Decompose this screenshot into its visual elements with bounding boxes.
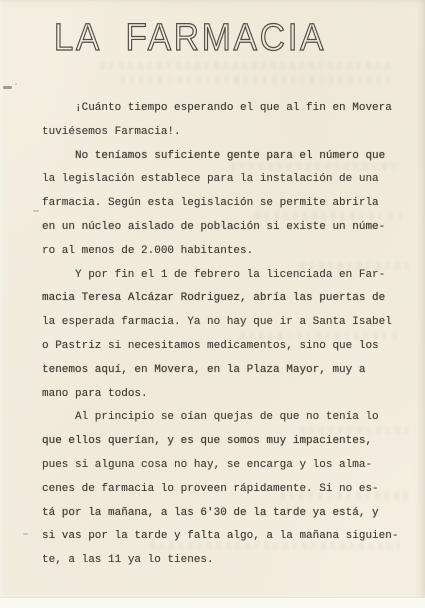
typed-line: cenes de farmacia lo proveen rápidamente…: [42, 478, 405, 502]
typed-line: ¡Cuánto tiempo esperando el que al fin e…: [42, 97, 405, 121]
typed-line: la esperada farmacia. Ya no hay que ir a…: [42, 311, 405, 335]
typed-line: la legislación establece para la instala…: [42, 168, 405, 192]
ink-speck: [3, 86, 12, 89]
page-title: LA FARMACIA: [54, 16, 326, 59]
typed-line: No teníamos suficiente gente para el núm…: [42, 145, 405, 169]
typed-line: o Pastriz si necesitamos medicamentos, s…: [42, 335, 405, 359]
typed-line: Al principio se oían quejas de que no te…: [42, 406, 405, 430]
typed-line: ro al menos de 2.000 habitantes.: [42, 240, 405, 264]
typed-line: Y por fin el 1 de febrero la licenciada …: [42, 264, 405, 288]
title-block: LA FARMACIA: [52, 10, 362, 67]
typed-line: si vas por la tarde y falta algo, a la m…: [42, 525, 405, 549]
scanned-newsletter-page: LA FARMACIA ¡Cuánto tiempo esperando el …: [0, 0, 425, 608]
ink-speck: [15, 83, 17, 85]
typewritten-body: ¡Cuánto tiempo esperando el que al fin e…: [42, 97, 405, 573]
typed-line: mano para todos.: [42, 383, 405, 407]
typed-line: te, a las 11 ya lo tienes.: [42, 549, 405, 573]
typed-line: farmacia. Según esta legislación se perm…: [42, 192, 405, 216]
bleed-through-texture: [120, 76, 390, 84]
typed-line: que ellos querían, y es que somos muy im…: [42, 430, 405, 454]
typed-line: tenemos aquí, en Movera, en la Plaza May…: [42, 359, 405, 383]
typed-line: pues si alguna cosa no hay, se encarga y…: [42, 454, 405, 478]
ink-speck: [33, 210, 39, 212]
hand-lettered-title-art: LA FARMACIA: [52, 10, 362, 62]
typed-line: tuviésemos Farmacia!.: [42, 121, 405, 145]
typed-line: tá por la mañana, a las 6'30 de la tarde…: [42, 502, 405, 526]
typed-line: macia Teresa Alcázar Rodriguez, abría la…: [42, 287, 405, 311]
typed-line: en un núcleo aislado de población si exi…: [42, 216, 405, 240]
ink-speck: [23, 533, 28, 535]
page-bottom-edge: [0, 597, 425, 608]
